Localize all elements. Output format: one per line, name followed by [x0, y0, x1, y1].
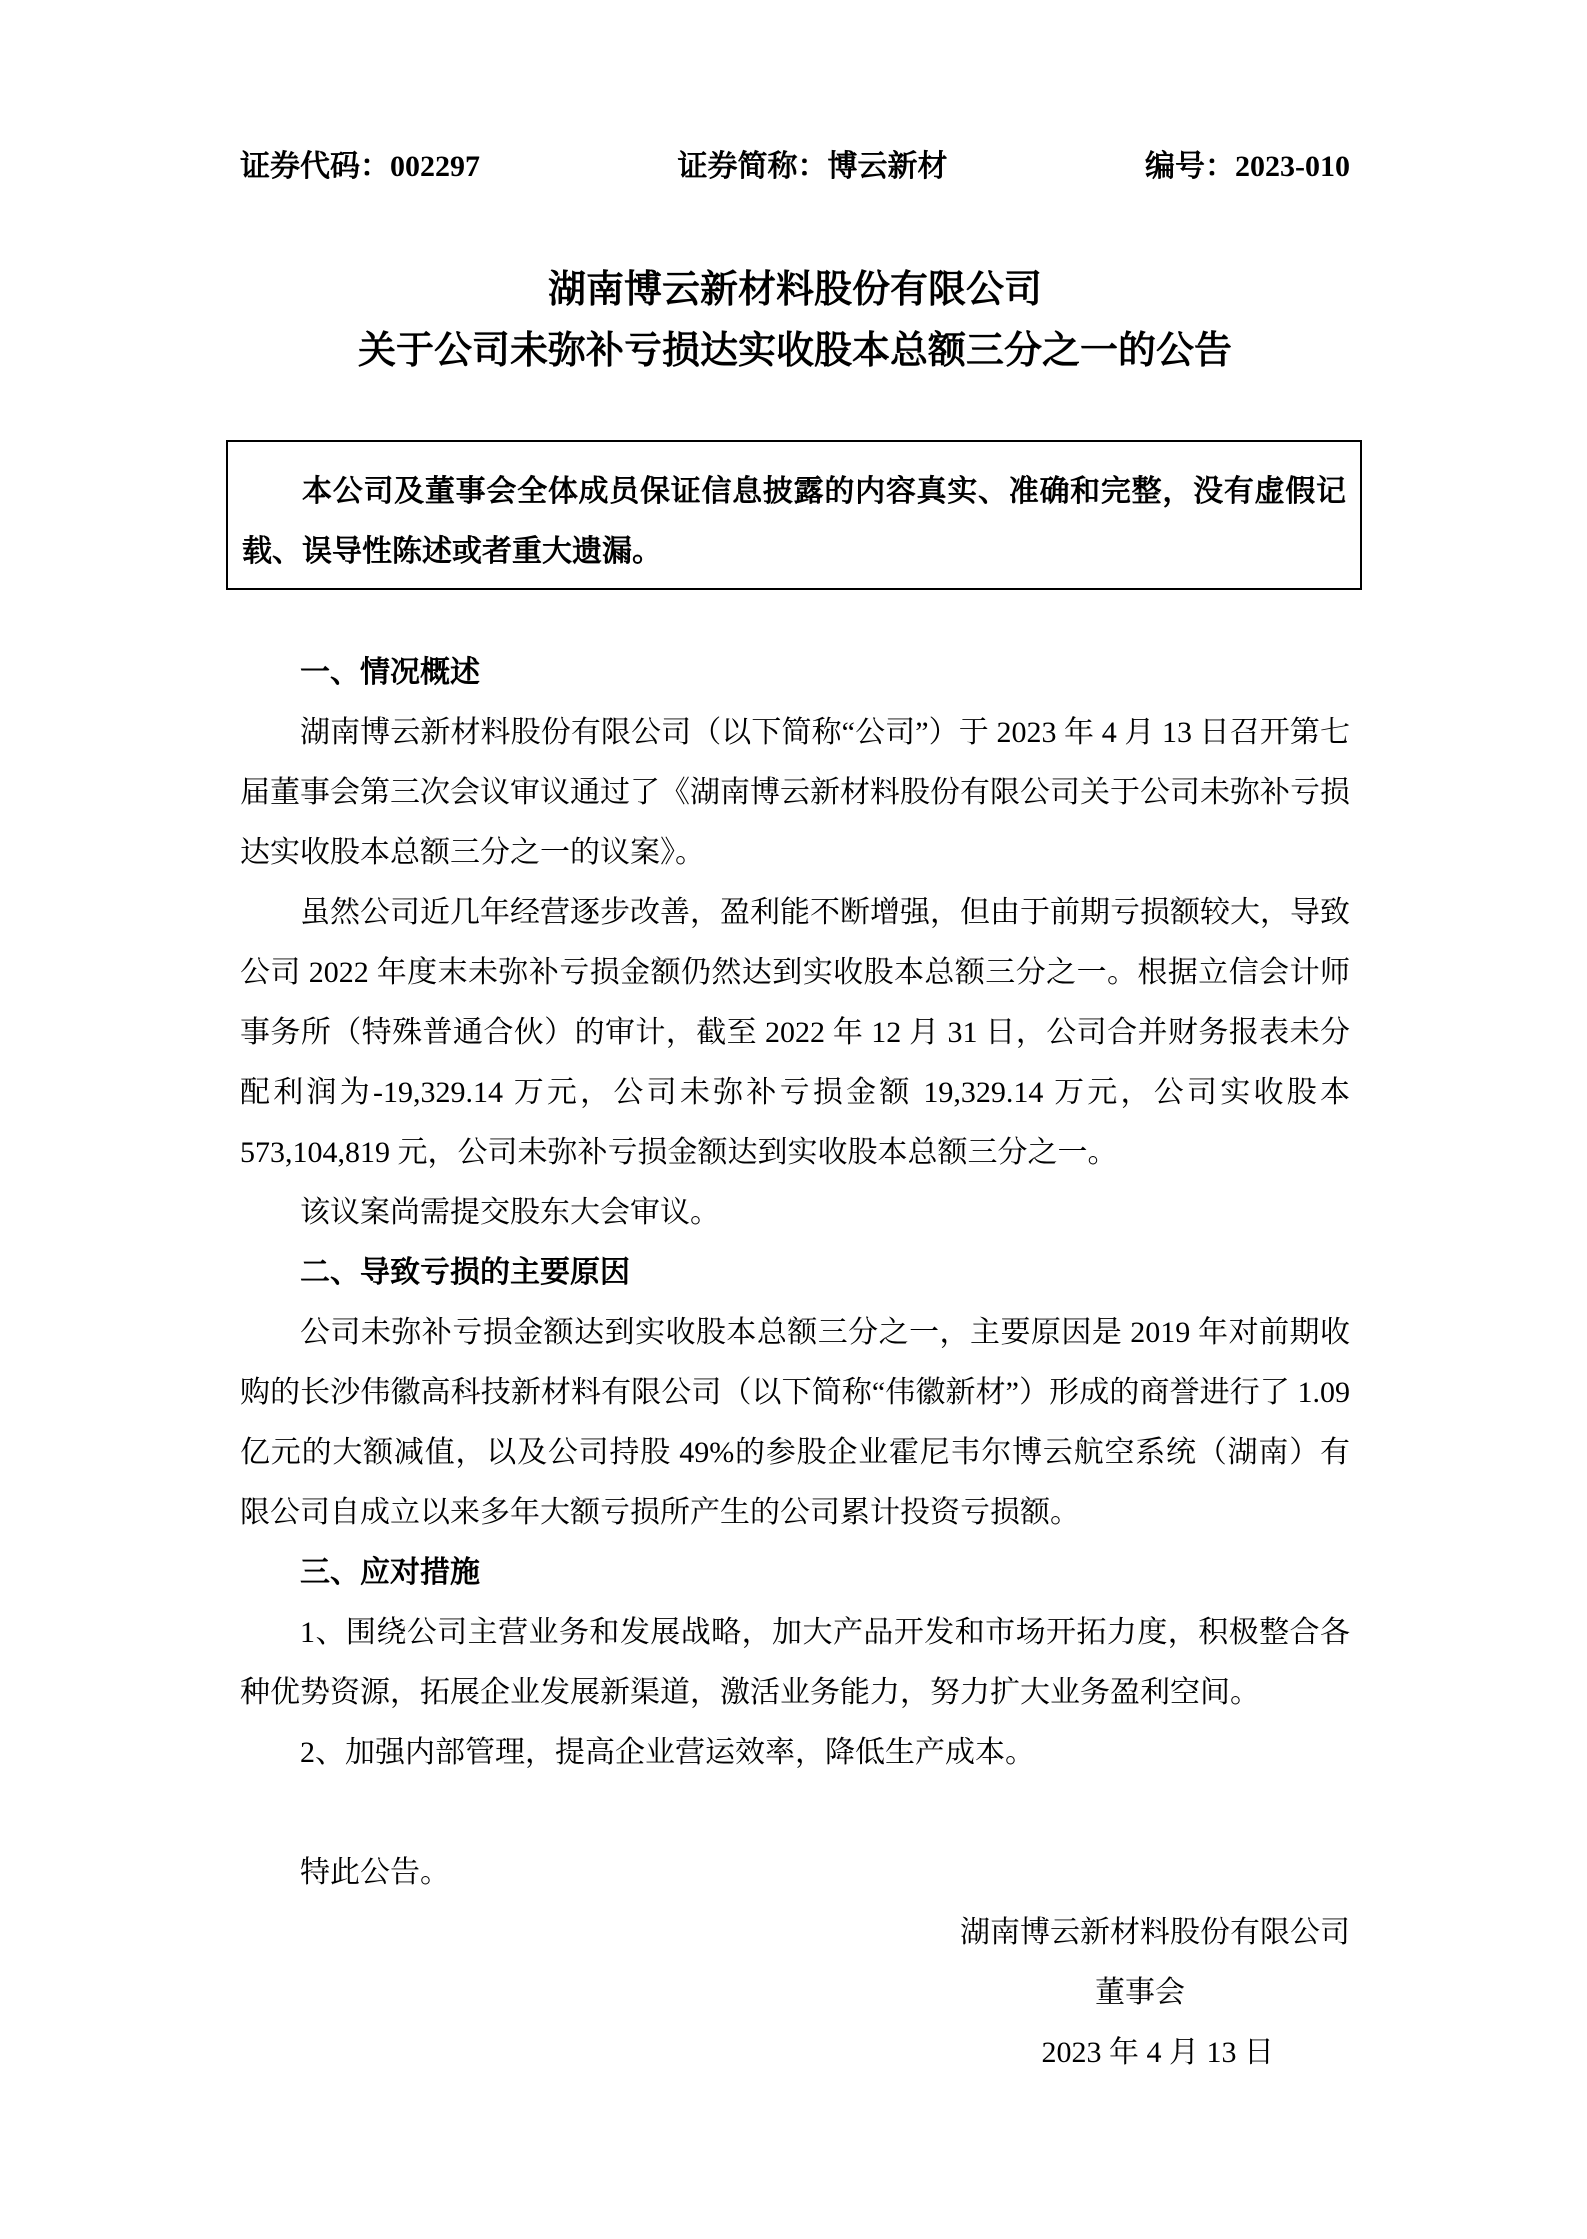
blank-line: [240, 1783, 1350, 1843]
announcement-title: 关于公司未弥补亏损达实收股本总额三分之一的公告: [240, 321, 1350, 382]
document-header: 证券代码：002297 证券简称：博云新材 编号：2023-010: [240, 148, 1350, 186]
signature-date: 2023 年 4 月 13 日: [240, 2023, 1274, 2083]
section-3-heading: 三、应对措施: [240, 1543, 1350, 1603]
section-1-paragraph-1: 湖南博云新材料股份有限公司（以下简称“公司”）于 2023 年 4 月 13 日…: [240, 703, 1350, 883]
section-3-paragraph-2: 2、加强内部管理，提高企业营运效率，降低生产成本。: [240, 1723, 1350, 1783]
section-1-paragraph-3: 该议案尚需提交股东大会审议。: [240, 1183, 1350, 1243]
stock-code: 证券代码：002297: [240, 148, 480, 186]
signature-board: 董事会: [240, 1963, 1185, 2023]
section-3-paragraph-1: 1、围绕公司主营业务和发展战略，加大产品开发和市场开拓力度，积极整合各种优势资源…: [240, 1603, 1350, 1723]
section-2-paragraph-1: 公司未弥补亏损金额达到实收股本总额三分之一，主要原因是 2019 年对前期收购的…: [240, 1303, 1350, 1543]
announcement-page: 证券代码：002297 证券简称：博云新材 编号：2023-010 湖南博云新材…: [0, 0, 1587, 2239]
stock-short-name: 证券简称：博云新材: [678, 148, 948, 186]
company-name-title: 湖南博云新材料股份有限公司: [240, 260, 1350, 321]
section-1-paragraph-2: 虽然公司近几年经营逐步改善，盈利能不断增强，但由于前期亏损额较大，导致公司 20…: [240, 883, 1350, 1183]
title-block: 湖南博云新材料股份有限公司 关于公司未弥补亏损达实收股本总额三分之一的公告: [240, 260, 1350, 382]
closing-statement: 特此公告。: [240, 1843, 1350, 1903]
signature-company: 湖南博云新材料股份有限公司: [240, 1903, 1350, 1963]
disclaimer-text: 本公司及董事会全体成员保证信息披露的内容真实、准确和完整，没有虚假记载、误导性陈…: [242, 462, 1346, 582]
doc-number: 编号：2023-010: [1145, 148, 1350, 186]
section-2-heading: 二、导致亏损的主要原因: [240, 1243, 1350, 1303]
section-1-heading: 一、情况概述: [240, 643, 1350, 703]
document-body: 一、情况概述 湖南博云新材料股份有限公司（以下简称“公司”）于 2023 年 4…: [240, 643, 1350, 2083]
disclaimer-box: 本公司及董事会全体成员保证信息披露的内容真实、准确和完整，没有虚假记载、误导性陈…: [226, 440, 1362, 590]
